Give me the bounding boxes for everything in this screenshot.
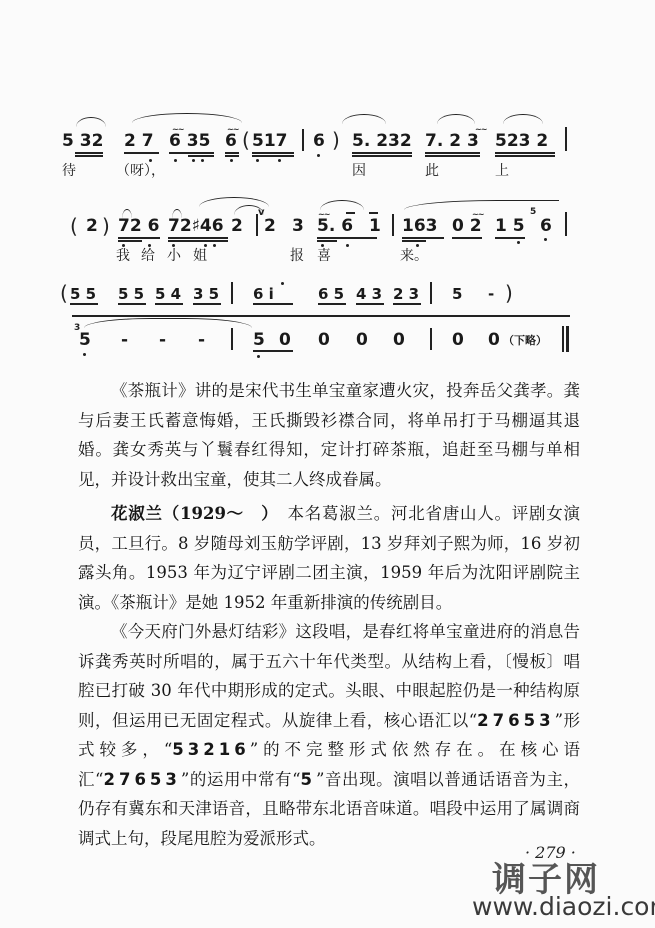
lyric: 姐 [193, 248, 207, 264]
note-group: 72 6 [118, 216, 159, 236]
note-group: 2 [231, 216, 243, 236]
note: 0 [488, 330, 500, 350]
note-group: 6 35 [169, 131, 210, 151]
bar-line [231, 282, 233, 304]
bar-line [430, 328, 432, 350]
note-group: 1 [369, 216, 381, 236]
final-bar-thick [566, 326, 569, 352]
omitted-note: （下略） [503, 333, 547, 349]
note: - [159, 330, 166, 350]
open-paren: ( [60, 281, 68, 305]
note-group: 5. 232 [352, 131, 412, 151]
paragraph-synopsis: 《茶瓶计》讲的是宋代书生单宝童家遭火灾，投奔岳父龚孝。龚与后妻王氏蓄意悔婚，王氏… [78, 376, 580, 494]
note-group: 4 3 [356, 284, 382, 304]
note-group: 523 2 [495, 131, 548, 151]
note-group: 163 [402, 216, 438, 236]
note-group: 5 32 [62, 131, 103, 151]
note-group: 5 5 [70, 284, 96, 304]
slur [503, 114, 543, 124]
bar-line [565, 127, 567, 151]
grace-note: 5 [530, 207, 535, 217]
bar-line [256, 214, 258, 236]
bar-line [565, 212, 567, 236]
lyric: 此 [425, 163, 439, 179]
open-paren: ( [242, 128, 250, 152]
slur [132, 113, 242, 123]
note: - [198, 330, 205, 350]
note-group: 6 i [253, 284, 274, 304]
staff-divider [72, 315, 570, 317]
note-group: 2 3 [393, 284, 419, 304]
note: 0 [452, 330, 464, 350]
artist-name: 花淑兰（1929～ ） [111, 504, 270, 523]
note: - [121, 330, 128, 350]
note-group: 6 [225, 131, 237, 151]
note: 0 [279, 330, 291, 350]
note-group: 2 7 [124, 131, 154, 151]
note: 5 [253, 330, 265, 350]
bar-line [392, 214, 394, 236]
note-group: 3 5 [193, 284, 219, 304]
lyric: 我 [116, 248, 130, 264]
slur [342, 114, 386, 124]
note: 0 [318, 330, 330, 350]
note-group: 1 5 [495, 216, 525, 236]
note-group: 2 [86, 216, 98, 236]
open-paren: ( [70, 214, 78, 238]
note-group: 5 4 [155, 284, 181, 304]
lyric: 来。 [400, 248, 428, 264]
note: 0 [356, 330, 368, 350]
close-paren: ) [505, 281, 513, 305]
note-group: 5. 6 [317, 216, 353, 236]
note-group: 5 5 [118, 284, 144, 304]
bar-line [302, 129, 304, 151]
bar-line [231, 328, 233, 350]
breath-mark: v [258, 207, 264, 218]
final-bar-thin [562, 326, 564, 352]
note-group: 0 2 [452, 216, 482, 236]
paragraph-biography: 花淑兰（1929～ ） 本名葛淑兰。河北省唐山人。评剧女演员，工旦行。8 岁随母… [78, 499, 580, 617]
note-group: 6 5 [318, 284, 344, 304]
note-group: - [488, 284, 494, 304]
lyric: 小 [167, 248, 181, 264]
close-paren: ) [332, 128, 340, 152]
note: 0 [393, 330, 405, 350]
lyric: 上 [495, 163, 509, 179]
watermark-url: www.diaozi.com [472, 892, 655, 921]
bar-line [430, 282, 432, 304]
notation-phrase: 27653 [103, 770, 180, 789]
notation-phrase: 53216 [172, 740, 249, 759]
note-group: 5 [452, 284, 462, 304]
lyric: 待 [62, 163, 76, 179]
notation-phrase: 27653 [477, 711, 554, 730]
slur [76, 117, 106, 127]
note-group: 3 [292, 216, 304, 236]
lyric: （呀）， [116, 163, 165, 179]
lyric: 喜 [317, 248, 331, 264]
note-group: 72♯46 [168, 216, 224, 236]
note-group: 517 [252, 131, 288, 151]
lyric: 报 [290, 248, 304, 264]
notation-phrase: 5 [301, 770, 316, 789]
note: 5 [79, 330, 91, 350]
jianpu-score: ~~ ~~ ~~ 5 32 2 7 6 35 6 ( 517 6 ) 5. 23… [0, 0, 655, 370]
lyric: 给 [141, 248, 155, 264]
note-group: 6 [540, 216, 552, 236]
close-paren: ) [102, 214, 110, 238]
lyric: 因 [352, 163, 366, 179]
note-group: 7. 2 3 [425, 131, 479, 151]
note-group: 2 [264, 216, 276, 236]
note-group: 6 [313, 131, 325, 151]
slur [437, 114, 475, 124]
paragraph-analysis: 《今天府门外悬灯结彩》这段唱，是春红将单宝童进府的消息告诉龚秀英时所唱的，属于五… [78, 617, 580, 853]
